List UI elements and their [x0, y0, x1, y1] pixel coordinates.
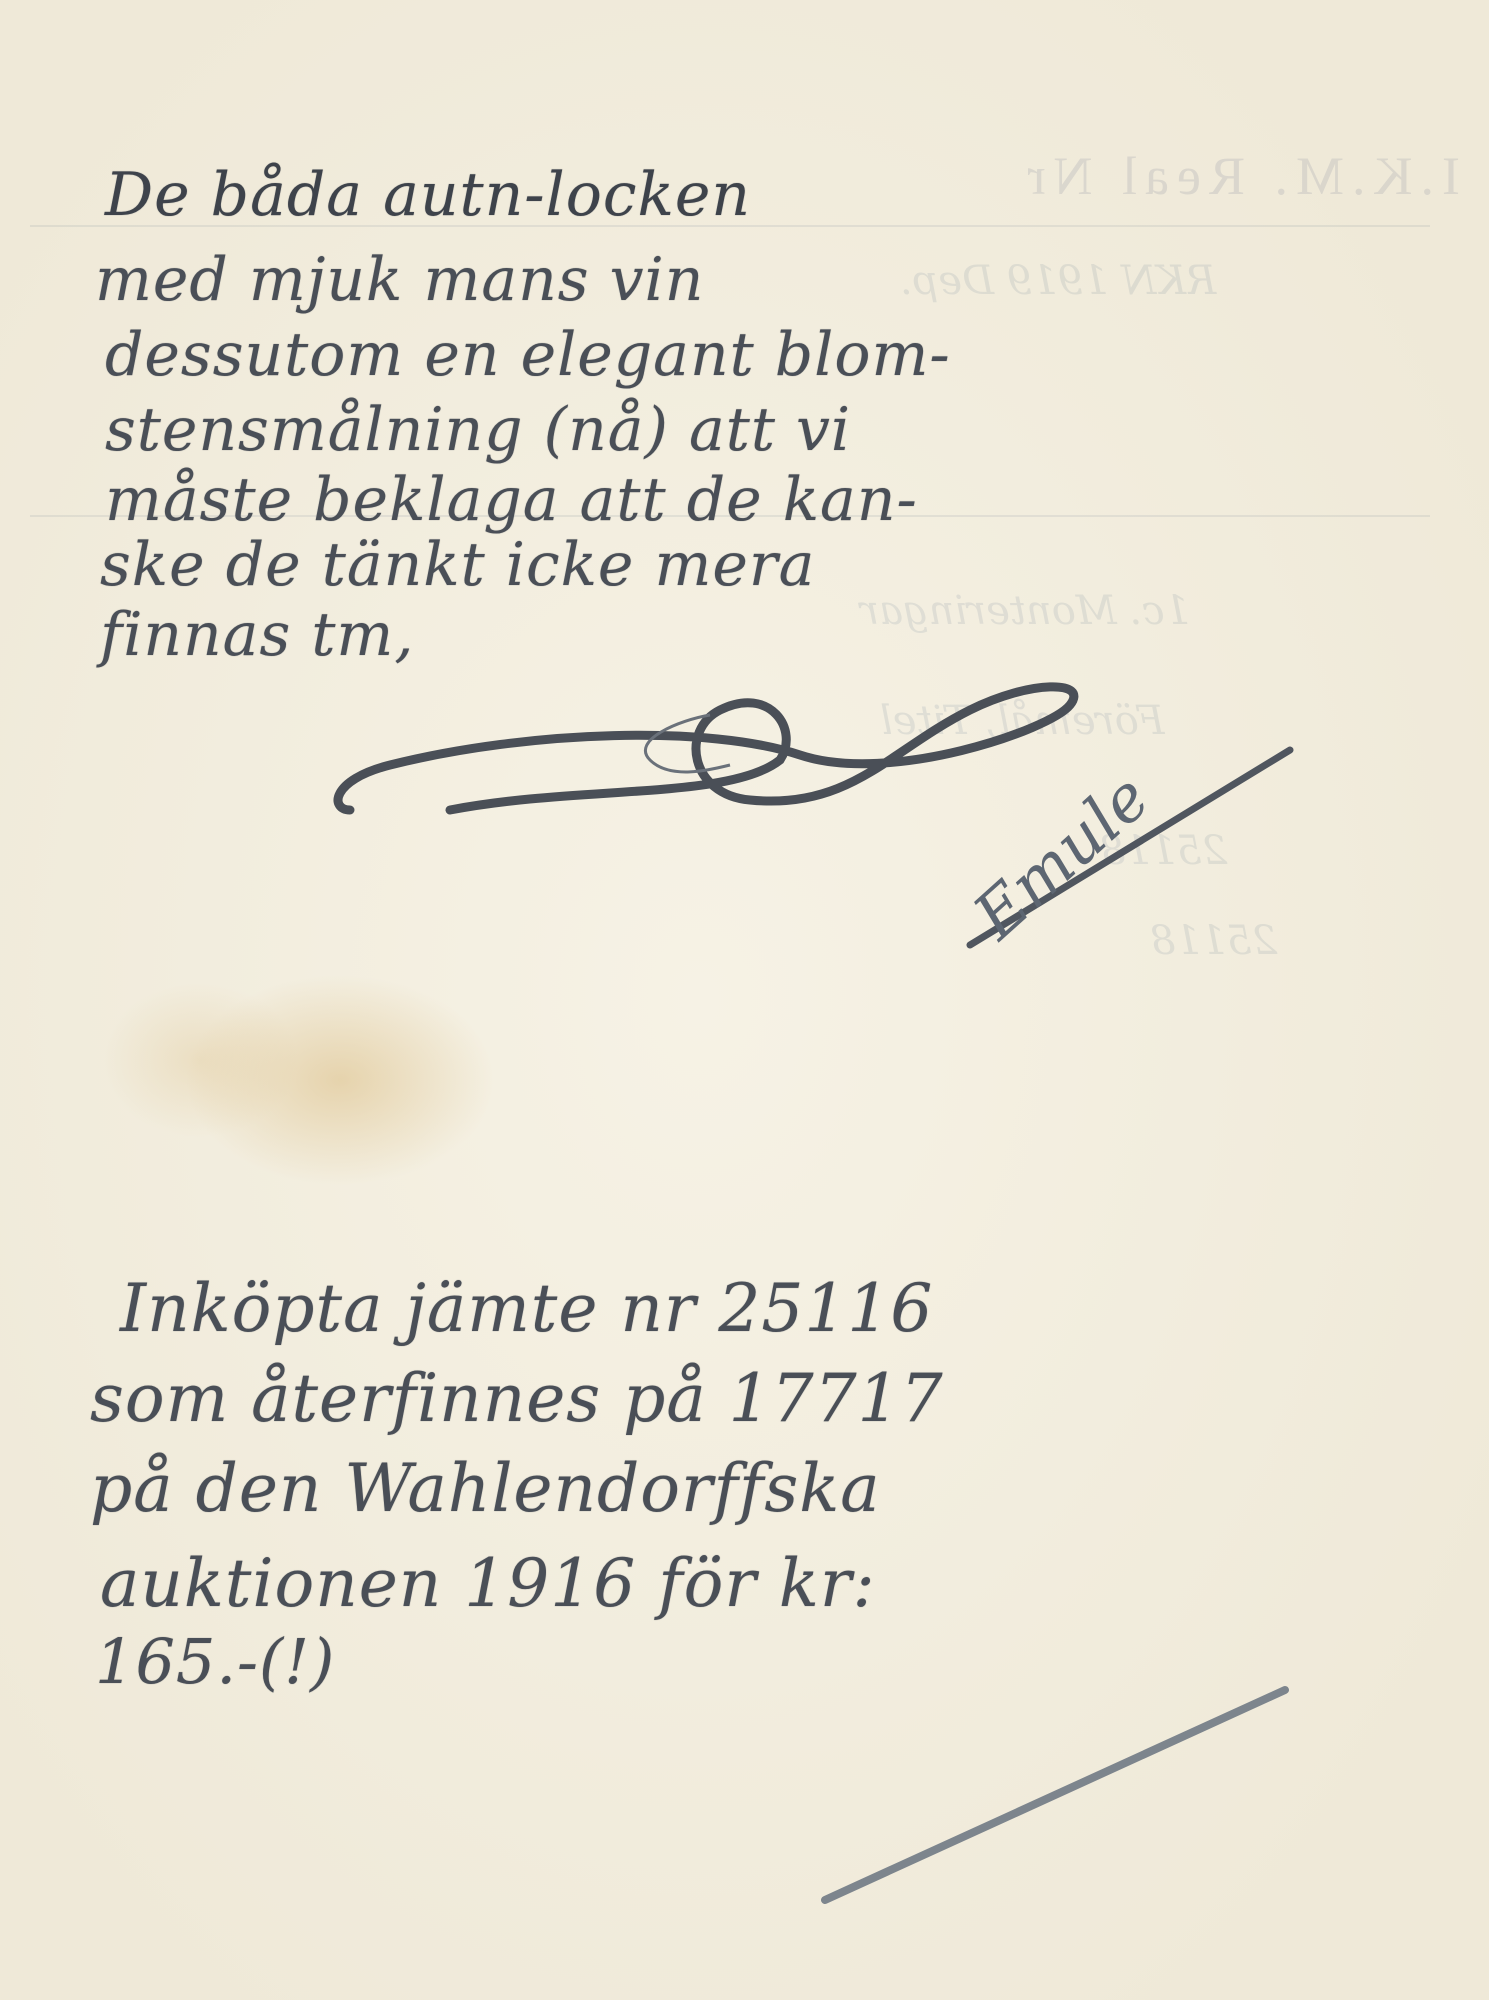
- note-line: auktionen 1916 för kr:: [100, 1545, 876, 1622]
- note-line: 165.-(!): [95, 1625, 335, 1698]
- note-line: dessutom en elegant blom-: [105, 320, 951, 390]
- note-line: De båda autn-locken: [105, 160, 751, 230]
- note-line: på den Wahlendorffska: [90, 1450, 881, 1527]
- note-line: måste beklaga att de kan-: [105, 465, 918, 535]
- note-line: med mjuk mans vin: [95, 245, 704, 315]
- note-line: Inköpta jämte nr 25116: [120, 1270, 933, 1347]
- note-line: som återfinnes på 17717: [90, 1360, 944, 1437]
- note-line: ske de tänkt icke mera: [100, 530, 815, 600]
- note-line: stensmålning (nå) att vi: [105, 395, 851, 465]
- paper-sheet: I.K.M. Real Nr RKN 1919 Dep. 1c. Monteri…: [0, 0, 1489, 2000]
- bleed-through-header: I.K.M. Real Nr: [1040, 145, 1460, 207]
- note-line: finnas tm,: [100, 600, 414, 670]
- bleed-through-line: RKN 1919 Dep.: [900, 250, 1216, 312]
- bleed-through-line: 1c. Monteringar: [860, 580, 1190, 642]
- closing-stroke-icon: [810, 1680, 1310, 1920]
